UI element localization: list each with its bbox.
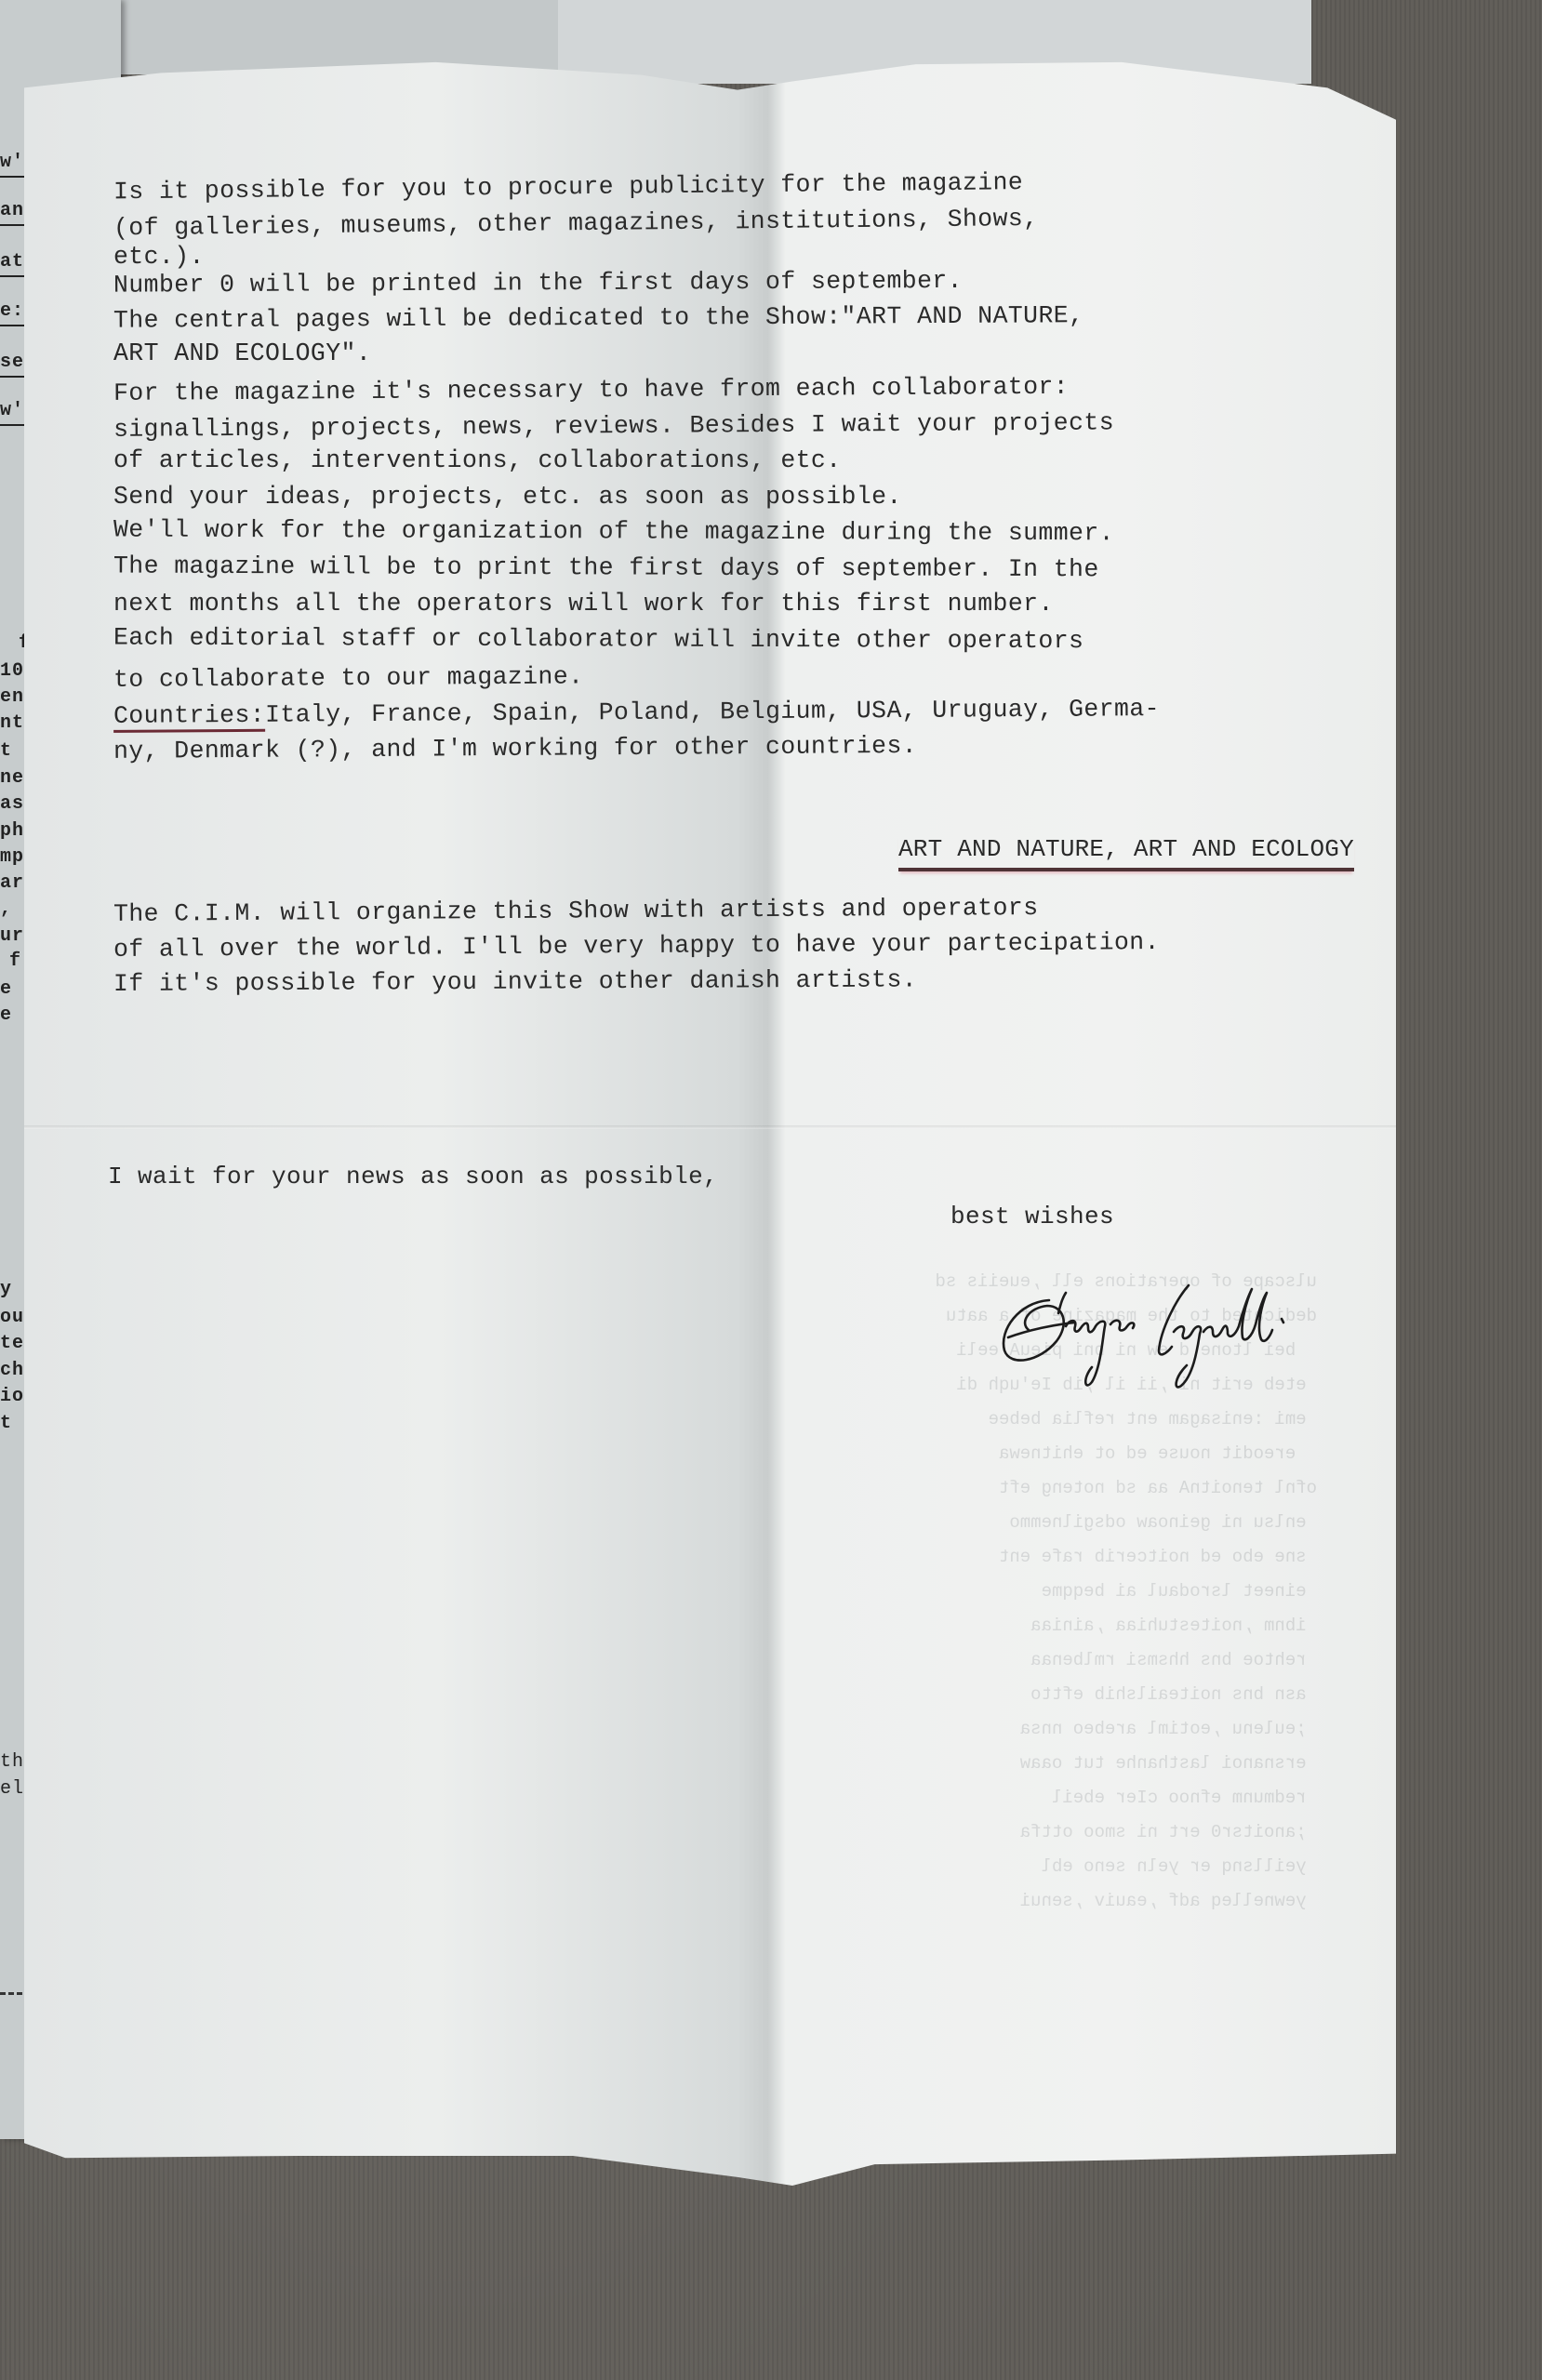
body-line: The magazine will be to print the first … [113,548,1416,588]
sign-off: best wishes [950,1203,1114,1230]
letter-sheet: ulscape of operations ell ,eueiis sd ded… [24,56,1396,2186]
fragment: mp [0,846,24,868]
countries-label: Countries: [113,700,265,732]
fragment: t [0,740,12,762]
fragment: ar [0,872,24,894]
fragment: ne [0,767,24,789]
fragment: te [0,1333,24,1354]
show-title: ART AND NATURE, ART AND ECOLOGY [898,835,1354,871]
fragment: ou [0,1307,24,1328]
body-line: Send your ideas, projects, etc. as soon … [113,479,1416,515]
fragment: ph [0,820,24,842]
fragment: e [0,978,12,1000]
countries-list: Italy, France, Spain, Poland, Belgium, U… [265,695,1160,729]
fragment: f [9,951,21,972]
fragment: 10 [0,660,24,682]
letter-body: Is it possible for you to procure public… [113,167,1416,765]
fragment: , [0,898,12,920]
cim-paragraph: The C.I.M. will organize this Show with … [113,893,1160,999]
body-line: We'll work for the organization of the m… [113,512,1416,552]
fragment: y [0,1279,12,1300]
signature-handwritten [991,1265,1298,1404]
fragment: e [0,1004,12,1026]
fragment: ur [0,925,24,947]
body-line: If it's possible for you invite other da… [113,961,1160,1002]
body-line: of articles, interventions, collaboratio… [113,443,1416,479]
body-line: The central pages will be dedicated to t… [113,296,1416,339]
body-line: next months all the operators will work … [113,586,1416,622]
closing-line: I wait for your news as soon as possible… [108,1163,718,1190]
horizontal-fold [24,1125,1396,1129]
fragment: as [0,793,24,815]
fragment: e: [0,300,24,326]
body-line: ART AND ECOLOGY". [113,336,1416,372]
fragment: ch [0,1360,24,1381]
